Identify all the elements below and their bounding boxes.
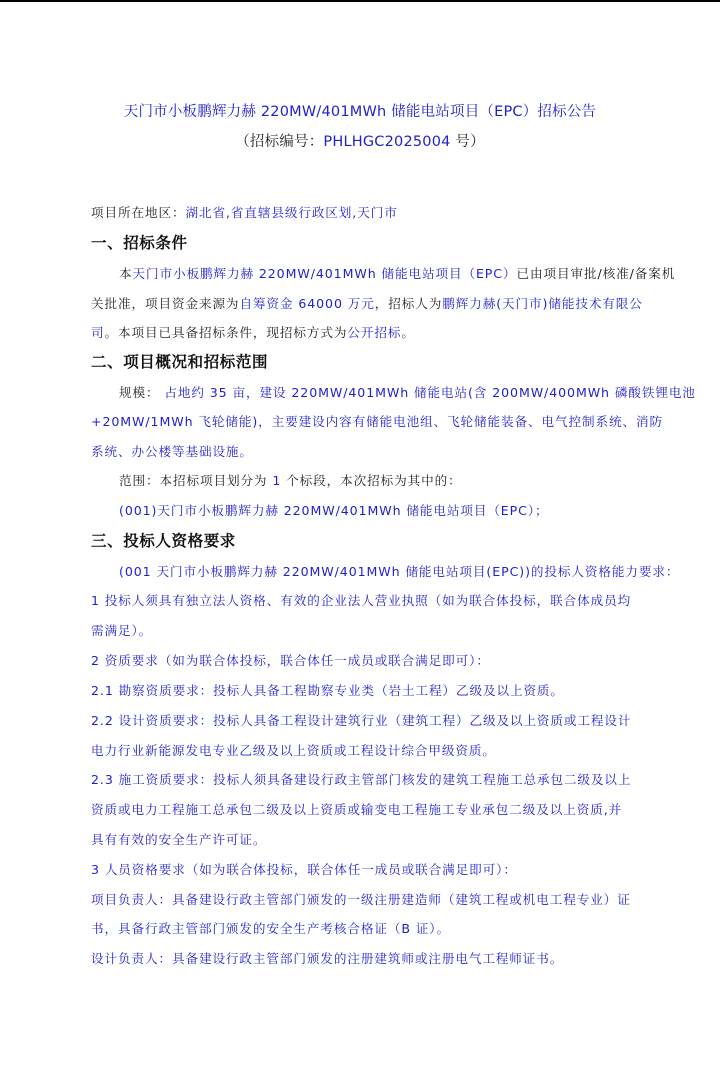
- tenderer-name: 鹏辉力赫(天门市)储能技术有限公: [442, 296, 643, 311]
- req-3: 3 人员资格要求（如为联合体投标，联合体任一成员或联合满足即可）：: [91, 859, 517, 878]
- region-label: 项目所在地区：: [91, 205, 185, 220]
- section-heading-2: 二、项目概况和招标范围: [91, 350, 268, 372]
- section1-line-1: 本天门市小板鹏辉力赫 220MW/401MWh 储能电站项目（EPC）已由项目审…: [119, 263, 675, 282]
- tenderer-name-end: 司: [91, 325, 105, 340]
- req-2: 2 资质要求（如为联合体投标，联合体任一成员或联合满足即可）：: [91, 650, 490, 669]
- top-border: [0, 0, 720, 2]
- text: 个标段，本次招标为其中的：: [281, 473, 461, 488]
- text: 。本项目已具备招标条件，现招标方式为: [105, 325, 348, 340]
- region-value: 湖北省,省直辖县级行政区划,天门市: [185, 205, 397, 220]
- qualification-intro: (001 天门市小板鹏辉力赫 220MW/401MWh 储能电站项目(EPC))…: [119, 561, 679, 580]
- tender-method: 公开招标: [347, 325, 401, 340]
- tender-number-suffix: 号）: [451, 134, 485, 150]
- tender-number-prefix: （招标编号：: [235, 134, 323, 150]
- lot-count: 1: [272, 473, 281, 488]
- req-2-2-line-1: 2.2 设计资质要求：投标人具备工程设计建筑行业（建筑工程）乙级及以上资质或工程…: [91, 710, 631, 729]
- req-1-line-1: 1 投标人须具有独立法人资格、有效的企业法人营业执照（如为联合体投标，联合体成员…: [91, 590, 631, 609]
- design-manager: 设计负责人：具备建设行政主管部门颁发的注册建筑师或注册电气工程师证书。: [91, 948, 563, 967]
- scale-text: 占地约 35 亩，建设 220MW/401MWh 储能电站(含 200MW/40…: [159, 385, 695, 400]
- funding-source: 自筹资金 64000 万元: [239, 296, 374, 311]
- req-2-3-line-1: 2.3 施工资质要求：投标人须具备建设行政主管部门核发的建筑工程施工总承包二级及…: [91, 769, 631, 788]
- scale-line-1: 规模： 占地约 35 亩，建设 220MW/401MWh 储能电站(含 200M…: [119, 382, 696, 401]
- req-2-1: 2.1 勘察资质要求：投标人具备工程勘察专业类（岩土工程）乙级及以上资质。: [91, 680, 564, 699]
- section1-line-3: 司。本项目已具备招标条件，现招标方式为公开招标。: [91, 322, 415, 341]
- text: 关批准，项目资金来源为: [91, 296, 239, 311]
- req-2-3-line-3: 具有有效的安全生产许可证。: [91, 829, 266, 848]
- text: 本: [119, 266, 133, 281]
- req-2-2-line-2: 电力行业新能源发电专业乙级及以上资质或工程设计综合甲级资质。: [91, 740, 496, 759]
- req-2-3-line-2: 资质或电力工程施工总承包二级及以上资质或输变电工程施工专业承包二级及以上资质,并: [91, 799, 622, 818]
- project-manager-line-2: 书，具备行政主管部门颁发的安全生产考核合格证（B 证）。: [91, 918, 450, 937]
- document-title: 天门市小板鹏辉力赫 220MW/401MWh 储能电站项目（EPC）招标公告: [0, 100, 720, 121]
- tender-number: （招标编号：PHLHGC2025004 号）: [0, 130, 720, 151]
- project-name: 天门市小板鹏辉力赫 220MW/401MWh 储能电站项目（EPC）: [133, 266, 517, 281]
- text: ，招标人为: [375, 296, 442, 311]
- scale-line-2: +20MW/1MWh 飞轮储能)，主要建设内容有储能电池组、飞轮储能装备、电气控…: [91, 411, 663, 430]
- text: 已由项目审批/核准/备案机: [516, 266, 675, 281]
- section1-line-2: 关批准，项目资金来源为自筹资金 64000 万元，招标人为鹏辉力赫(天门市)储能…: [91, 293, 643, 312]
- tender-number-code: PHLHGC2025004: [323, 134, 450, 150]
- req-1-line-2: 需满足）。: [91, 620, 152, 639]
- text: 。: [401, 325, 415, 340]
- scale-line-3: 系统、办公楼等基础设施。: [91, 441, 253, 460]
- lot-item: (001)天门市小板鹏辉力赫 220MW/401MWh 储能电站项目（EPC）；: [119, 500, 549, 519]
- section-heading-3: 三、投标人资格要求: [91, 529, 236, 551]
- section-heading-1: 一、招标条件: [91, 231, 188, 253]
- project-manager-line-1: 项目负责人：具备建设行政主管部门颁发的一级注册建造师（建筑工程或机电工程专业）证: [91, 889, 631, 908]
- project-region: 项目所在地区：湖北省,省直辖县级行政区划,天门市: [91, 202, 398, 221]
- scale-label: 规模：: [119, 385, 159, 400]
- range-line: 范围：本招标项目划分为 1 个标段，本次招标为其中的：: [119, 470, 462, 489]
- text: 范围：本招标项目划分为: [119, 473, 272, 488]
